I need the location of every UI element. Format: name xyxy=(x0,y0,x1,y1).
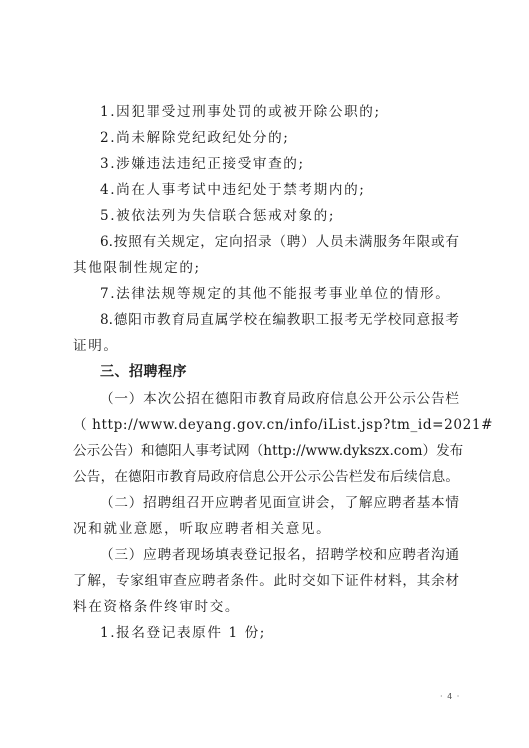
list-item-material-1: 1.报名登记表原件 1 份; xyxy=(73,620,459,646)
list-item-disqualify-1: 1.因犯罪受过刑事处罚的或被开除公职的; xyxy=(73,99,459,125)
paragraph-step-1-url-line: （ http://www.deyang.gov.cn/info/iList.js… xyxy=(73,412,459,438)
list-item-disqualify-8-cont: 证明。 xyxy=(73,333,459,359)
document-page: 1.因犯罪受过刑事处罚的或被开除公职的; 2.尚未解除党纪政纪处分的; 3.涉嫌… xyxy=(0,0,529,748)
paragraph-step-1-cont-2: 公告，在德阳市教育局政府信息公开公示公告栏发布后续信息。 xyxy=(73,464,459,490)
paragraph-step-3-cont-1: 了解，专家组审查应聘者条件。此时交如下证件材料，其余材 xyxy=(73,568,459,594)
paragraph-step-1-cont-1: 公示公告）和德阳人事考试网（http://www.dykszx.com）发布 xyxy=(73,438,459,464)
list-item-disqualify-6: 6.按照有关规定，定向招录（聘）人员未满服务年限或有 xyxy=(73,229,459,255)
list-item-disqualify-8: 8.德阳市教育局直属学校在编教职工报考无学校同意报考 xyxy=(73,307,459,333)
list-item-disqualify-6-cont: 其他限制性规定的; xyxy=(73,255,459,281)
paragraph-step-2-cont: 况和就业意愿，听取应聘者相关意见。 xyxy=(73,516,459,542)
list-item-disqualify-4: 4.尚在人事考试中违纪处于禁考期内的; xyxy=(73,177,459,203)
page-number: · 4 · xyxy=(440,692,460,701)
section-heading-procedure: 三、招聘程序 xyxy=(73,359,459,385)
list-item-disqualify-2: 2.尚未解除党纪政纪处分的; xyxy=(73,125,459,151)
list-item-disqualify-7: 7.法律法规等规定的其他不能报考事业单位的情形。 xyxy=(73,281,459,307)
paragraph-step-2: （二）招聘组召开应聘者见面宣讲会，了解应聘者基本情 xyxy=(73,490,459,516)
list-item-disqualify-5: 5.被依法列为失信联合惩戒对象的; xyxy=(73,203,459,229)
paragraph-step-3: （三）应聘者现场填表登记报名，招聘学校和应聘者沟通 xyxy=(73,542,459,568)
paragraph-step-3-cont-2: 料在资格条件终审时交。 xyxy=(73,594,459,620)
list-item-disqualify-3: 3.涉嫌违法违纪正接受审查的; xyxy=(73,151,459,177)
paragraph-step-1: （一）本次公招在德阳市教育局政府信息公开公示公告栏 xyxy=(73,386,459,412)
document-body: 1.因犯罪受过刑事处罚的或被开除公职的; 2.尚未解除党纪政纪处分的; 3.涉嫌… xyxy=(73,99,459,646)
